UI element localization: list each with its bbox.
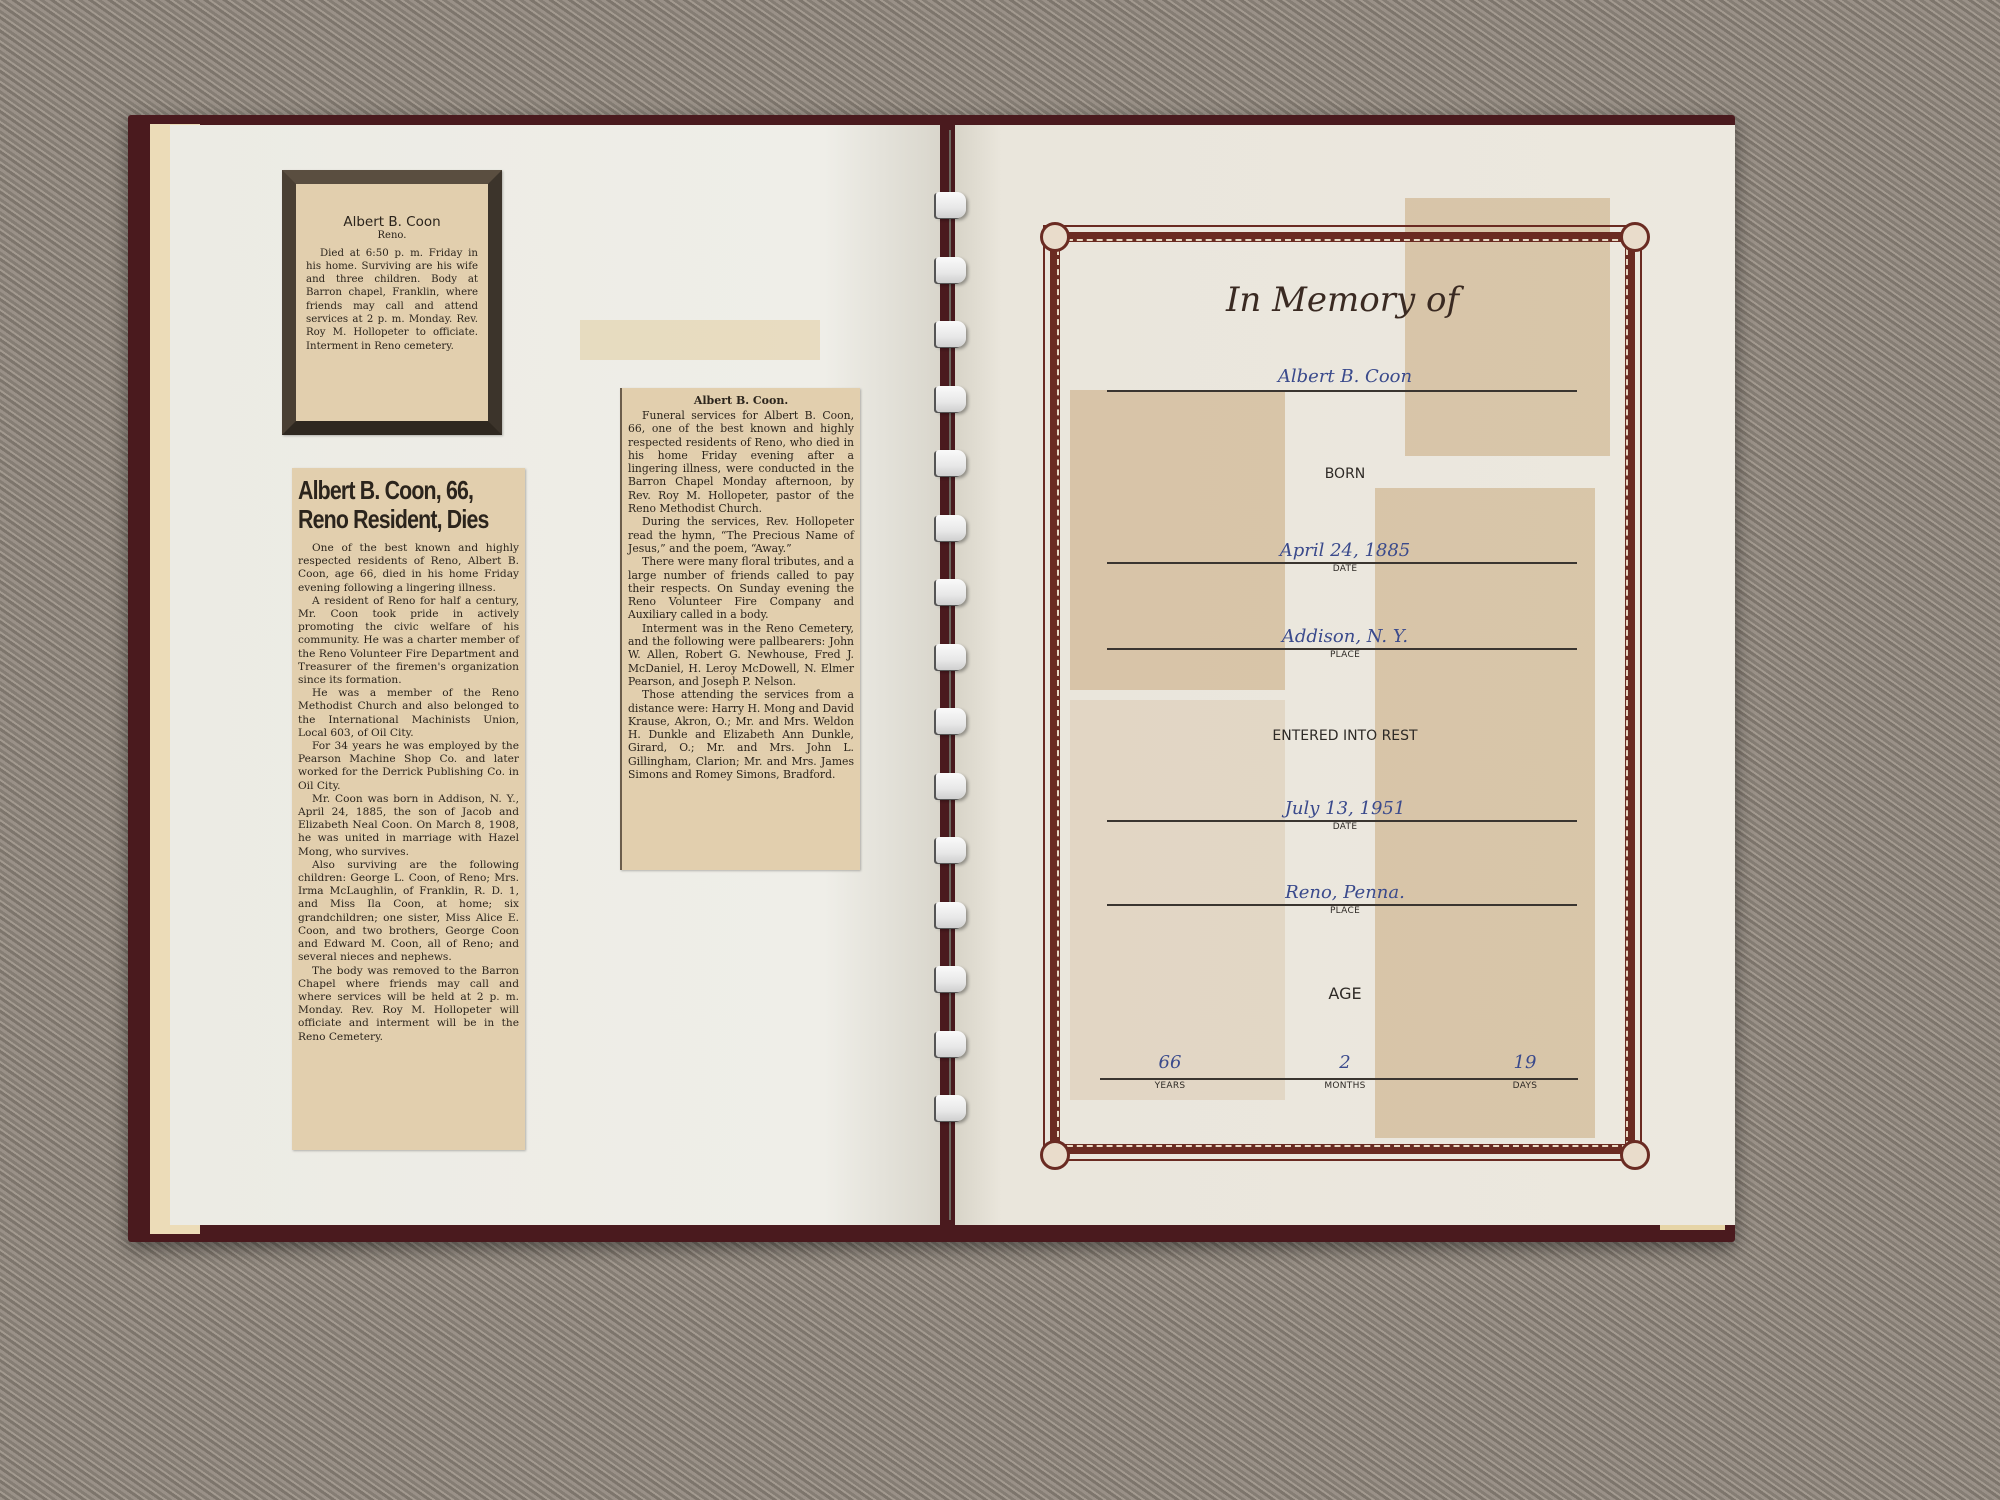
spiral-ring xyxy=(936,644,966,670)
corner-ornament-icon xyxy=(1040,1140,1070,1170)
spine-gutter xyxy=(949,130,951,1220)
obituary-headline: Albert B. Coon, 66, Reno Resident, Dies xyxy=(298,476,519,534)
clipping-funeral-services: Albert B. Coon. Funeral services for Alb… xyxy=(620,388,860,870)
rest-date-label: DATE xyxy=(1105,822,1585,832)
spiral-ring xyxy=(936,837,966,863)
obituary-paragraph: Also surviving are the following childre… xyxy=(298,859,519,965)
funeral-paragraph: There were many floral tributes, and a l… xyxy=(628,555,854,621)
clipping-obituary: Albert B. Coon, 66, Reno Resident, Dies … xyxy=(292,468,525,1150)
notice-text: Died at 6:50 p. m. Friday in his home. S… xyxy=(306,247,478,353)
rest-place: Reno, Penna. xyxy=(1105,882,1585,903)
obituary-paragraph: The body was removed to the Barron Chape… xyxy=(298,965,519,1044)
funeral-title: Albert B. Coon. xyxy=(628,394,854,407)
spiral-ring xyxy=(936,966,966,992)
spiral-ring xyxy=(936,515,966,541)
born-heading: BORN xyxy=(1105,466,1585,482)
spiral-ring xyxy=(936,902,966,928)
funeral-paragraph: Those attending the services from a dist… xyxy=(628,688,854,781)
born-date: April 24, 1885 xyxy=(1105,540,1585,561)
corner-ornament-icon xyxy=(1620,1140,1650,1170)
left-page-tape-mark xyxy=(580,320,820,360)
funeral-body: Funeral services for Albert B. Coon, 66,… xyxy=(628,409,854,781)
age-months: 2 xyxy=(1305,1052,1385,1073)
funeral-paragraph: Funeral services for Albert B. Coon, 66,… xyxy=(628,409,854,515)
spiral-ring xyxy=(936,708,966,734)
memorial-title: In Memory of xyxy=(1050,280,1635,320)
rest-date: July 13, 1951 xyxy=(1105,798,1585,819)
obituary-paragraph: He was a member of the Reno Methodist Ch… xyxy=(298,687,519,740)
funeral-paragraph: Interment was in the Reno Cemetery, and … xyxy=(628,622,854,688)
spiral-ring xyxy=(936,450,966,476)
spiral-ring xyxy=(936,773,966,799)
notice-location: Reno. xyxy=(306,229,478,242)
spiral-ring xyxy=(936,386,966,412)
notice-name: Albert B. Coon xyxy=(306,216,478,229)
name-line xyxy=(1107,390,1577,392)
obituary-paragraph: A resident of Reno for half a century, M… xyxy=(298,595,519,687)
age-years-label: YEARS xyxy=(1130,1081,1210,1091)
corner-ornament-icon xyxy=(1620,222,1650,252)
spiral-ring xyxy=(936,1031,966,1057)
born-place: Addison, N. Y. xyxy=(1105,626,1585,647)
spiral-ring xyxy=(936,257,966,283)
age-heading: AGE xyxy=(1105,984,1585,1003)
born-date-label: DATE xyxy=(1105,564,1585,574)
age-days: 19 xyxy=(1485,1052,1565,1073)
spiral-ring xyxy=(936,579,966,605)
age-months-label: MONTHS xyxy=(1305,1081,1385,1091)
funeral-paragraph: During the services, Rev. Hollopeter rea… xyxy=(628,515,854,555)
age-years: 66 xyxy=(1130,1052,1210,1073)
obituary-paragraph: For 34 years he was employed by the Pear… xyxy=(298,740,519,793)
clipping-death-notice: Albert B. Coon Reno. Died at 6:50 p. m. … xyxy=(282,170,502,435)
obituary-body: One of the best known and highly respect… xyxy=(298,542,519,1044)
rest-heading: ENTERED INTO REST xyxy=(1105,728,1585,744)
born-place-label: PLACE xyxy=(1105,650,1585,660)
corner-ornament-icon xyxy=(1040,222,1070,252)
spiral-ring xyxy=(936,1095,966,1121)
spiral-ring xyxy=(936,321,966,347)
obituary-paragraph: One of the best known and highly respect… xyxy=(298,542,519,595)
obituary-paragraph: Mr. Coon was born in Addison, N. Y., Apr… xyxy=(298,793,519,859)
deceased-name: Albert B. Coon xyxy=(1105,366,1585,387)
rest-place-label: PLACE xyxy=(1105,906,1585,916)
age-days-label: DAYS xyxy=(1485,1081,1565,1091)
spiral-ring xyxy=(936,192,966,218)
age-line xyxy=(1100,1078,1578,1080)
